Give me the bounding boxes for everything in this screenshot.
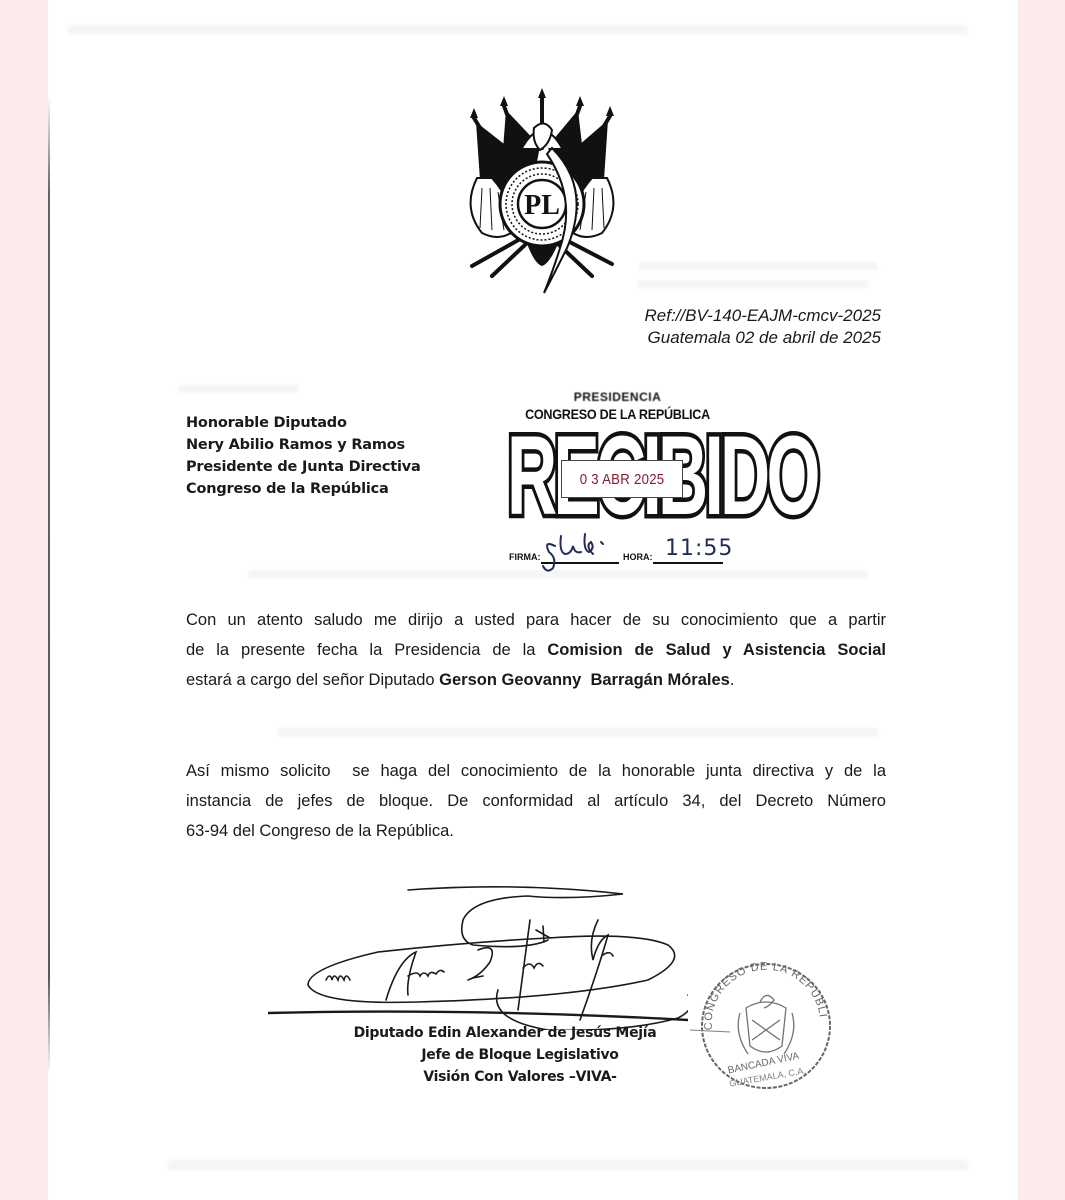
recipient-title: Presidente de Junta Directiva: [186, 456, 421, 478]
paragraph-1-line-2: de la presente fecha la Presidencia de l…: [186, 635, 886, 665]
paragraph-1-period: .: [730, 671, 735, 689]
recipient-institution: Congreso de la República: [186, 478, 421, 500]
body-paragraph-1: Con un atento saludo me dirijo a usted p…: [186, 605, 886, 695]
stamp-initials-icon: [535, 528, 625, 573]
bleed-through-mark: [178, 385, 298, 393]
paragraph-2-line-3: 63-94 del Congreso de la República.: [186, 816, 886, 846]
reference-block: Ref://BV-140-EAJM-cmcv-2025 Guatemala 02…: [645, 305, 882, 349]
commission-name: Comision de Salud y Asistencia Social: [547, 641, 886, 659]
stamp-date-box: 0 3 ABR 2025: [561, 460, 683, 498]
signer-organization: Visión Con Valores –VIVA-: [300, 1066, 740, 1088]
reference-number: Ref://BV-140-EAJM-cmcv-2025: [645, 305, 882, 327]
svg-text:CONGRESO DE LA REPÚBLICA: CONGRESO DE LA REPÚBLICA: [690, 958, 829, 1030]
stamp-header-presidencia: PRESIDENCIA: [505, 390, 730, 404]
paragraph-1-line-2-text: de la presente fecha la Presidencia de l…: [186, 641, 547, 659]
stamp-date: 0 3 ABR 2025: [580, 471, 665, 488]
bleed-through-mark: [638, 262, 878, 270]
place-date: Guatemala 02 de abril de 2025: [645, 327, 882, 349]
recipient-name: Nery Abilio Ramos y Ramos: [186, 434, 421, 456]
paragraph-1-line-3: estará a cargo del señor Diputado Gerson…: [186, 665, 886, 695]
recipient-block: Honorable Diputado Nery Abilio Ramos y R…: [186, 412, 421, 500]
paragraph-2-line-1: Así mismo solicito se haga del conocimie…: [186, 756, 886, 786]
stamp-time: 11:55: [665, 536, 733, 561]
received-stamp: PRESIDENCIA CONGRESO DE LA REPÚBLICA REC…: [505, 390, 730, 575]
signer-name: Diputado Edin Alexander de Jesús Mejía: [270, 1022, 740, 1044]
signer-title: Jefe de Bloque Legislativo: [300, 1044, 740, 1066]
stamp-footer: FIRMA: HORA: 11:55: [505, 540, 730, 570]
svg-text:PL: PL: [524, 190, 560, 221]
bleed-through-mark: [68, 25, 968, 35]
paragraph-1-line-1: Con un atento saludo me dirijo a usted p…: [186, 605, 886, 635]
round-congress-seal-icon: CONGRESO DE LA REPÚBLICA BANCADA VIVA GU…: [690, 958, 840, 1093]
stamp-hora-line: [653, 562, 723, 564]
signer-block: Diputado Edin Alexander de Jesús Mejía J…: [300, 1022, 740, 1088]
seal-top-text: CONGRESO DE LA REPÚBLICA: [690, 958, 829, 1030]
paragraph-1-line-3-text: estará a cargo del señor Diputado: [186, 671, 439, 689]
bleed-through-mark: [278, 728, 878, 737]
recipient-salutation: Honorable Diputado: [186, 412, 421, 434]
appointee-name: Gerson Geovanny Barragán Mórales: [439, 671, 730, 689]
stamp-hora-label: HORA:: [623, 552, 653, 562]
party-emblem-icon: PL: [452, 88, 632, 298]
body-paragraph-2: Así mismo solicito se haga del conocimie…: [186, 756, 886, 846]
page-edge-shadow: [48, 95, 50, 1075]
handwritten-signature-icon: [268, 880, 688, 1030]
paragraph-2-line-2: instancia de jefes de bloque. De conform…: [186, 786, 886, 816]
bleed-through-mark: [168, 1160, 968, 1170]
bleed-through-mark: [638, 280, 868, 288]
